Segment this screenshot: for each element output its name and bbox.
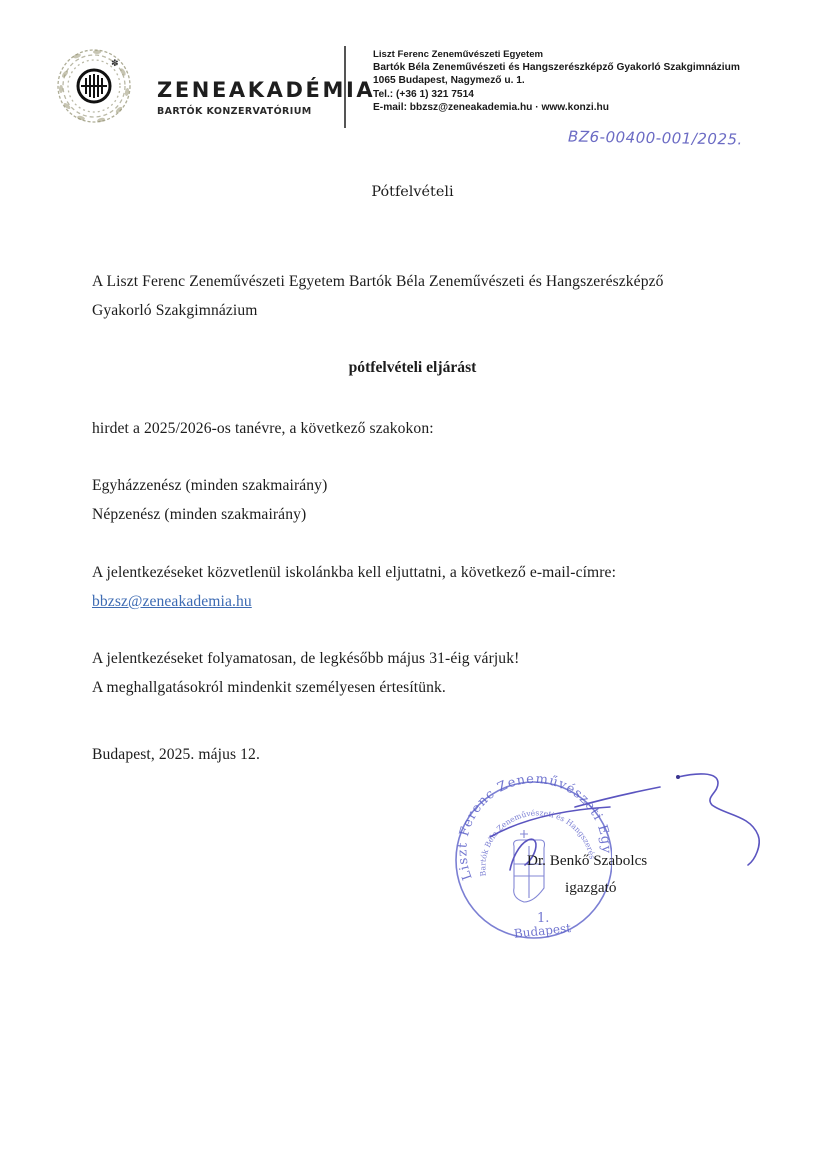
submission-text: A jelentkezéseket közvetlenül iskolánkba… <box>92 564 616 582</box>
contact-school: Bartók Béla Zeneművészeti és Hangszerész… <box>373 61 740 74</box>
program-item: Népzenész (minden szakmairány) <box>92 506 306 524</box>
contact-address: 1065 Budapest, Nagymező u. 1. <box>373 74 740 87</box>
procedure-heading: pótfelvételi eljárást <box>0 359 825 377</box>
signer-name: Dr. Benkő Szabolcs <box>527 852 647 870</box>
contact-email-web: E-mail: bbzsz@zeneakademia.hu · www.konz… <box>373 101 740 114</box>
submission-email-link[interactable]: bbzsz@zeneakademia.hu <box>92 593 252 610</box>
document-title: Pótfelvételi <box>0 184 825 200</box>
zeneakademia-logo-icon: ✽ <box>53 44 135 126</box>
program-item: Egyházzenész (minden szakmairány) <box>92 477 327 495</box>
announcement-text: hirdet a 2025/2026-os tanévre, a követke… <box>92 420 434 438</box>
deadline-text: A jelentkezéseket folyamatosan, de legké… <box>92 650 519 668</box>
submission-email-line: bbzsz@zeneakademia.hu <box>92 593 252 611</box>
contact-university: Liszt Ferenc Zeneművészeti Egyetem <box>373 48 740 61</box>
intro-line-2: Gyakorló Szakgimnázium <box>92 302 257 320</box>
notification-text: A meghallgatásokról mindenkit személyese… <box>92 679 446 697</box>
brand-subtitle: BARTÓK KONZERVATÓRIUM <box>157 106 312 117</box>
brand-name: ZENEAKADÉMIA <box>157 78 375 102</box>
header-divider <box>344 46 346 128</box>
handwritten-reference-number: BZ6-00400-001/2025. <box>568 127 743 148</box>
contact-block: Liszt Ferenc Zeneművészeti Egyetem Bartó… <box>373 48 740 114</box>
svg-text:✽: ✽ <box>111 59 119 69</box>
intro-line-1: A Liszt Ferenc Zeneművészeti Egyetem Bar… <box>92 273 664 291</box>
signer-role: igazgató <box>565 879 616 897</box>
place-and-date: Budapest, 2025. május 12. <box>92 746 260 764</box>
contact-phone: Tel.: (+36 1) 321 7514 <box>373 88 740 101</box>
